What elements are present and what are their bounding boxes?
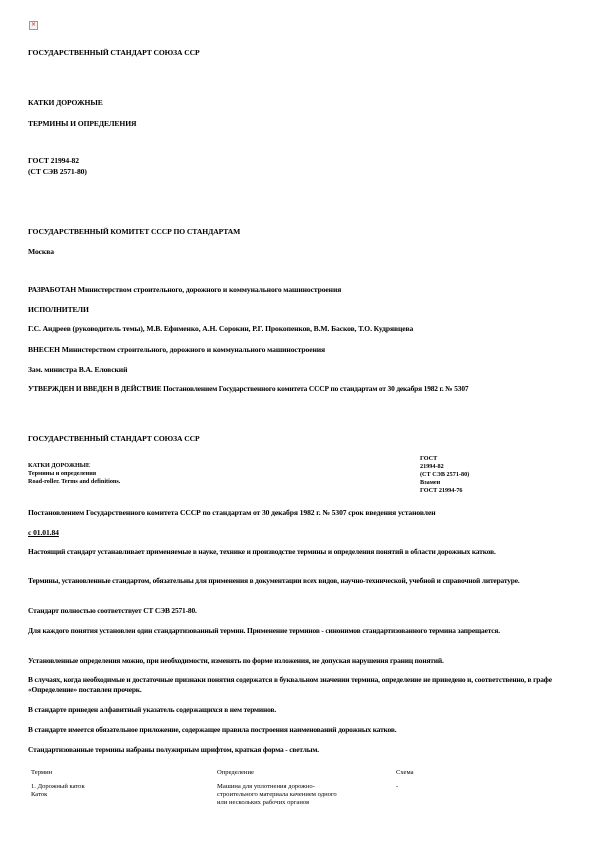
credits-approved: УТВЕРЖДЕН И ВВЕДЕН В ДЕЙСТВИЕ Постановле… <box>28 384 573 394</box>
header-subtitle-en: Road-roller. Terms and definitions. <box>28 478 120 486</box>
body-paragraph: Настоящий стандарт устанавливает применя… <box>28 547 573 557</box>
credits-developed: РАЗРАБОТАН Министерством строительного, … <box>28 285 341 295</box>
cover-title: КАТКИ ДОРОЖНЫЕ <box>28 98 103 108</box>
header-gost-number: 21994-82 <box>420 463 444 471</box>
table-header-scheme: Схема <box>396 769 414 777</box>
cover-gost-number: ГОСТ 21994-82 <box>28 156 79 166</box>
body-decree: Постановлением Государственного комитета… <box>28 508 436 518</box>
header-replaces-label: Взамен <box>420 479 440 487</box>
credits-performers-label: ИСПОЛНИТЕЛИ <box>28 305 89 315</box>
body-paragraph: Установленные определения можно, при нео… <box>28 656 573 666</box>
header-title: КАТКИ ДОРОЖНЫЕ <box>28 462 90 470</box>
header-subtitle-ru: Термины и определения <box>28 470 96 478</box>
header-state-standard: ГОСУДАРСТВЕННЫЙ СТАНДАРТ СОЮЗА ССР <box>28 434 200 444</box>
header-st-sev: (СТ СЭВ 2571-80) <box>420 471 469 479</box>
body-paragraph: Для каждого понятия установлен один стан… <box>28 626 573 636</box>
header-replaces: ГОСТ 21994-76 <box>420 487 463 495</box>
cover-st-sev: (СТ СЭВ 2571-80) <box>28 167 87 177</box>
table-row-definition-line: или нескольких рабочих органов <box>217 799 309 807</box>
credits-performers: Г.С. Андреев (руководитель темы), М.В. Е… <box>28 324 413 334</box>
body-paragraph: В стандарте имеется обязательное приложе… <box>28 725 573 735</box>
header-gost-label: ГОСТ <box>420 455 437 463</box>
body-paragraph: Термины, установленные стандартом, обяза… <box>28 576 573 586</box>
table-row-definition-line: строительного материала качением одного <box>217 791 337 799</box>
body-paragraph: Стандарт полностью соответствует СТ СЭВ … <box>28 606 573 616</box>
table-row-scheme: - <box>396 783 398 791</box>
cover-subtitle: ТЕРМИНЫ И ОПРЕДЕЛЕНИЯ <box>28 119 136 129</box>
cover-committee: ГОСУДАРСТВЕННЫЙ КОМИТЕТ СССР ПО СТАНДАРТ… <box>28 227 240 237</box>
body-paragraph: В случаях, когда необходимые и достаточн… <box>28 675 573 695</box>
broken-image-icon: × <box>29 21 38 30</box>
body-effective-date: с 01.01.84 <box>28 528 59 538</box>
cover-state-standard: ГОСУДАРСТВЕННЫЙ СТАНДАРТ СОЮЗА ССР <box>28 48 200 58</box>
cover-city: Москва <box>28 247 54 257</box>
credits-deputy: Зам. министра В.А. Еловский <box>28 365 127 375</box>
table-row-definition-line: Машина для уплотнения дорожно- <box>217 783 315 791</box>
table-row-term: 1. Дорожный каток <box>31 783 85 791</box>
credits-introduced: ВНЕСЕН Министерством строительного, доро… <box>28 345 325 355</box>
table-row-term-short: Каток <box>31 791 47 799</box>
body-paragraph: Стандартизованные термины набраны полужи… <box>28 745 573 755</box>
body-paragraph: В стандарте приведен алфавитный указател… <box>28 705 573 715</box>
table-header-definition: Определение <box>217 769 254 777</box>
table-header-term: Термин <box>31 769 52 777</box>
